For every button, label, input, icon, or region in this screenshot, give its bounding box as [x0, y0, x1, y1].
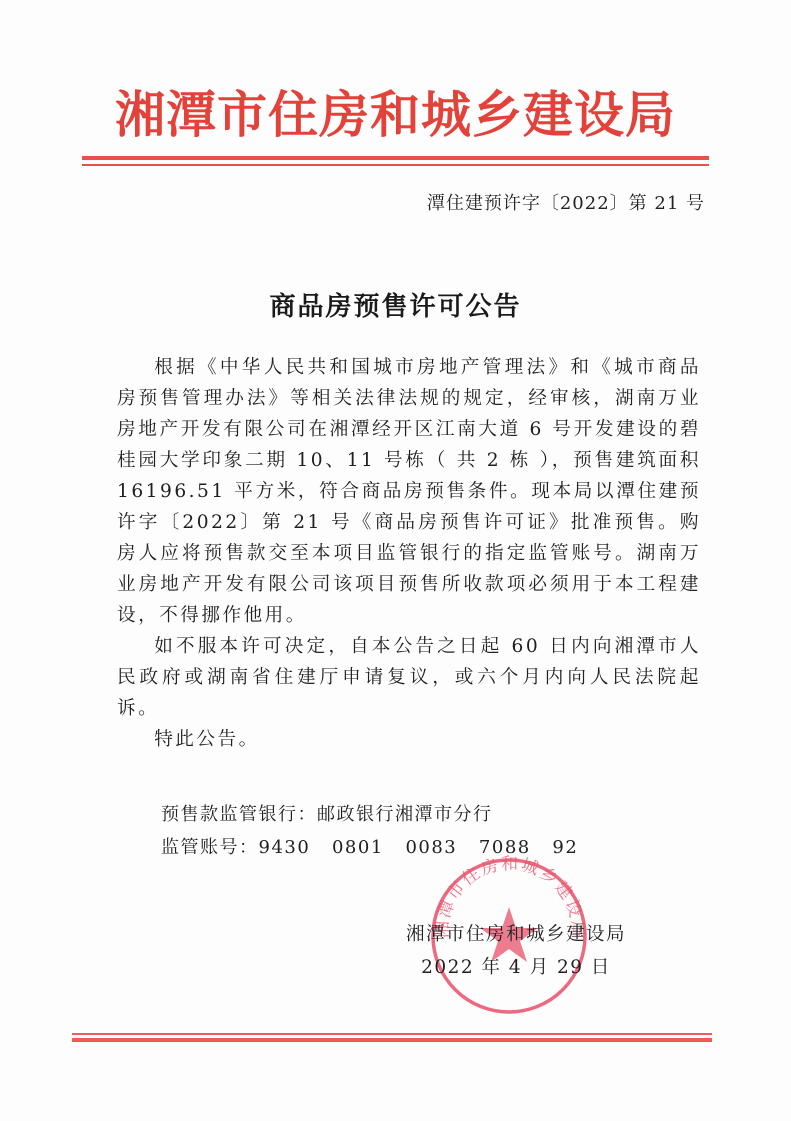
header-rule-thin	[82, 164, 709, 166]
document-number: 潭住建预许字〔2022〕第 21 号	[427, 190, 705, 218]
body-paragraph-closing: 特此公告。	[117, 724, 701, 755]
bank-label: 预售款监管银行：	[161, 804, 317, 825]
signature-block: 湘潭市住房和城乡建设局 2022 年 4 月 29 日	[396, 918, 636, 984]
body-paragraph-main: 根据《中华人民共和国城市房地产管理法》和《城市商品房预售管理办法》等相关法律法规…	[117, 352, 701, 631]
signature-date: 2022 年 4 月 29 日	[396, 951, 636, 984]
bank-name: 邮政银行湘潭市分行	[317, 804, 493, 825]
bank-row: 预售款监管银行：邮政银行湘潭市分行	[161, 798, 578, 831]
footer-rule-thin	[72, 1033, 712, 1035]
footer-rule-thick	[72, 1038, 712, 1042]
signature-organization: 湘潭市住房和城乡建设局	[396, 918, 636, 951]
account-label: 监管账号：	[161, 837, 259, 858]
document-page: 湘潭市住房和城乡建设局 潭住建预许字〔2022〕第 21 号 商品房预售许可公告…	[0, 0, 791, 1121]
document-title: 商品房预售许可公告	[0, 287, 791, 327]
header-rule-thick	[82, 156, 709, 160]
organization-header: 湘潭市住房和城乡建设局	[82, 82, 709, 148]
document-body: 根据《中华人民共和国城市房地产管理法》和《城市商品房预售管理办法》等相关法律法规…	[117, 352, 701, 755]
body-paragraph-appeal: 如不服本许可决定，自本公告之日起 60 日内向湘潭市人民政府或湖南省住建厅申请复…	[117, 631, 701, 724]
